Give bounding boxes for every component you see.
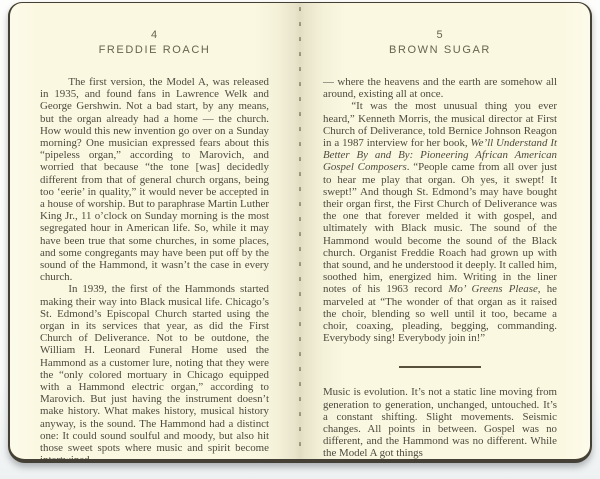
section-divider <box>399 366 481 368</box>
paragraph: “It was the most unusual thing you ever … <box>323 100 557 344</box>
book-spread: 4 FREDDIE ROACH The first version, the M… <box>8 2 592 463</box>
record-title-italic: Mo’ Greens Please <box>448 283 537 295</box>
chapter-title: BROWN SUGAR <box>323 44 557 56</box>
body-text-right: — where the heavens and the earth are so… <box>323 76 557 459</box>
paragraph: Music is evolution. It’s not a static li… <box>323 386 557 459</box>
page-left: 4 FREDDIE ROACH The first version, the M… <box>10 3 300 459</box>
chapter-title: FREDDIE ROACH <box>40 44 269 56</box>
paragraph: In 1939, the first of the Hammonds start… <box>40 283 269 459</box>
page-header-right: 5 BROWN SUGAR <box>323 29 557 56</box>
page-right: 5 BROWN SUGAR — where the heavens and th… <box>300 3 590 459</box>
page-header-left: 4 FREDDIE ROACH <box>40 29 269 56</box>
paragraph: The first version, the Model A, was rele… <box>40 76 269 283</box>
paragraph-segment: . “People came from all over just to hea… <box>323 161 557 295</box>
page-number: 5 <box>323 29 557 41</box>
body-text-left: The first version, the Model A, was rele… <box>40 76 269 459</box>
page-number: 4 <box>40 29 269 41</box>
paragraph: — where the heavens and the earth are so… <box>323 76 557 100</box>
